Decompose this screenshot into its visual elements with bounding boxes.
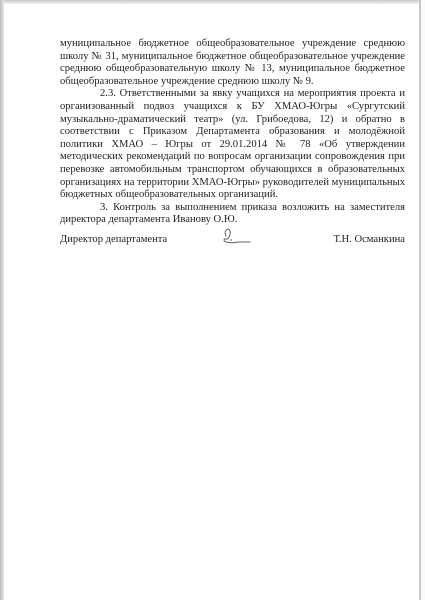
handwritten-signature-icon — [220, 226, 256, 248]
scan-margin-right — [421, 0, 425, 600]
signatory-title: Директор департамента — [60, 234, 167, 245]
scan-edge-top — [0, 0, 425, 4]
paragraph-schools-list-end: муниципальное бюджетное общеобразователь… — [60, 38, 405, 88]
scan-edge-left — [0, 0, 4, 600]
document-body: муниципальное бюджетное общеобразователь… — [60, 38, 405, 227]
paragraph-item-2-3: 2.3. Ответственными за явку учащихся на … — [60, 88, 405, 201]
signature-block: Директор департамента Т.Н. Османкина — [60, 232, 405, 248]
paragraph-item-3: 3. Контроль за выполнением приказа возло… — [60, 202, 405, 227]
signatory-name: Т.Н. Османкина — [333, 234, 405, 245]
